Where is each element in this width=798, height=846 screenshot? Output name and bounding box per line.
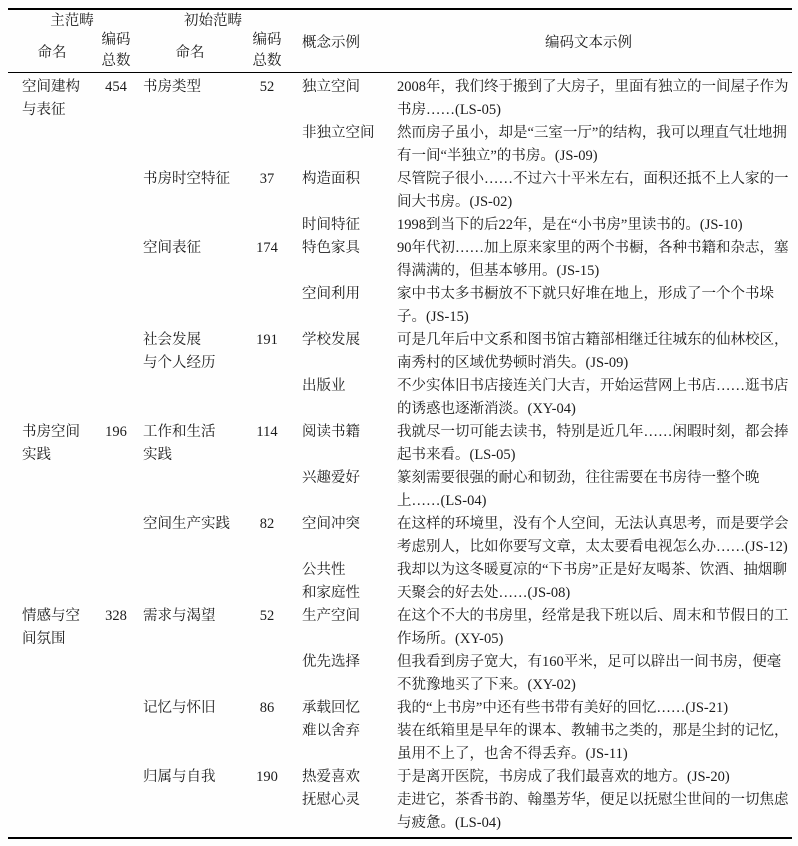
main-category-count-cell: 454 [96,76,136,122]
text-example-cell: 于是离开医院，书房成了我们最喜欢的地方。(JS-20) [385,766,792,789]
initial-category-name-cell [136,467,244,513]
table-row: 情感与空 间氛围328需求与渴望52生产空间在这个不大的书房里，经常是我下班以后… [8,605,792,651]
initial-category-count-cell: 174 [244,237,290,283]
text-example-cell: 然而房子虽小，却是“三室一厅”的结构，我可以理直气壮地拥有一间“半独立”的书房。… [385,122,792,168]
initial-category-count-cell [244,283,290,329]
concept-example-cell: 公共性 和家庭性 [290,559,385,605]
concept-example-cell: 时间特征 [290,214,385,237]
concept-example-cell: 构造面积 [290,168,385,214]
table-row: 时间特征1998到当下的后22年，是在“小书房”里读书的。(JS-10) [8,214,792,237]
initial-category-name-cell: 社会发展 与个人经历 [136,329,244,375]
text-example-cell: 我的“上书房”中还有些书带有美好的回忆……(JS-21) [385,697,792,720]
initial-category-name-cell [136,559,244,605]
concept-example-cell: 热爱喜欢 [290,766,385,789]
concept-example-cell: 阅读书籍 [290,421,385,467]
concept-example-cell: 难以舍弃 [290,720,385,766]
main-category-count-cell [96,168,136,214]
initial-category-count-cell: 190 [244,766,290,789]
initial-category-name-cell [136,375,244,421]
concept-example-cell: 抚慰心灵 [290,789,385,835]
text-example-cell: 但我看到房子宽大，有160平米，足可以辟出一间书房，便毫不犹豫地买了下来。(XY… [385,651,792,697]
text-example-cell: 我就尽一切可能去读书，特别是近几年……闲暇时刻，都会捧起书来看。(LS-05) [385,421,792,467]
text-example-cell: 篆刻需要很强的耐心和韧劲，往往需要在书房待一整个晚上……(LS-04) [385,467,792,513]
header-concept-example: 概念示例 [290,31,385,52]
main-category-count-cell [96,237,136,283]
coding-table: 主范畴 初始范畴 命名 编码 总数 命名 编码 总数 概念示例 编码文本示例 空… [8,8,792,839]
page: 主范畴 初始范畴 命名 编码 总数 命名 编码 总数 概念示例 编码文本示例 空… [0,0,798,846]
table-row: 社会发展 与个人经历191学校发展可是几年后中文系和图书馆古籍部相继迁往城东的仙… [8,329,792,375]
main-category-name-cell [8,237,96,283]
table-row: 空间利用家中书太多书橱放不下就只好堆在地上，形成了一个个书垛子。(JS-15) [8,283,792,329]
initial-category-name-cell [136,122,244,168]
main-category-name-cell [8,329,96,375]
text-example-cell: 我却以为这冬暖夏凉的“下书房”正是好友喝茶、饮酒、抽烟聊天聚会的好去处……(JS… [385,559,792,605]
initial-category-count-cell [244,720,290,766]
initial-category-count-cell: 52 [244,76,290,122]
main-category-count-cell [96,651,136,697]
table-row: 空间表征174特色家具90年代初……加上原来家里的两个书橱，各种书籍和杂志，塞得… [8,237,792,283]
main-category-count-cell: 196 [96,421,136,467]
initial-category-count-cell: 52 [244,605,290,651]
concept-example-cell: 空间冲突 [290,513,385,559]
initial-category-count-cell [244,375,290,421]
header-main-category: 主范畴 [8,9,136,30]
initial-category-name-cell: 空间生产实践 [136,513,244,559]
text-example-cell: 家中书太多书橱放不下就只好堆在地上，形成了一个个书垛子。(JS-15) [385,283,792,329]
text-example-cell: 在这个不大的书房里，经常是我下班以后、周末和节假日的工作场所。(XY-05) [385,605,792,651]
main-category-name-cell: 空间建构 与表征 [8,76,96,122]
initial-category-count-cell: 37 [244,168,290,214]
concept-example-cell: 空间利用 [290,283,385,329]
initial-category-name-cell: 书房类型 [136,76,244,122]
main-category-name-cell [8,513,96,559]
initial-category-name-cell: 需求与渴望 [136,605,244,651]
text-example-cell: 走进它，茶香书韵、翰墨芳华，便足以抚慰尘世间的一切焦虑与疲惫。(LS-04) [385,789,792,835]
main-category-name-cell [8,214,96,237]
table-row: 记忆与怀旧86承载回忆我的“上书房”中还有些书带有美好的回忆……(JS-21) [8,697,792,720]
main-category-count-cell [96,283,136,329]
header-main-count: 编码 总数 [96,30,136,72]
concept-example-cell: 独立空间 [290,76,385,122]
header-initial-count: 编码 总数 [244,30,290,72]
table-row: 公共性 和家庭性我却以为这冬暖夏凉的“下书房”正是好友喝茶、饮酒、抽烟聊天聚会的… [8,559,792,605]
main-category-name-cell [8,651,96,697]
initial-category-name-cell: 空间表征 [136,237,244,283]
text-example-cell: 90年代初……加上原来家里的两个书橱，各种书籍和杂志，塞得满满的，但基本够用。(… [385,237,792,283]
main-category-count-cell [96,559,136,605]
concept-example-cell: 兴趣爱好 [290,467,385,513]
initial-category-count-cell: 191 [244,329,290,375]
initial-category-name-cell: 工作和生活 实践 [136,421,244,467]
main-category-name-cell [8,375,96,421]
table-row: 书房时空特征37构造面积尽管院子很小……不过六十平米左右，面积还抵不上人家的一间… [8,168,792,214]
concept-example-cell: 承载回忆 [290,697,385,720]
main-category-name-cell [8,766,96,789]
main-category-name-cell [8,697,96,720]
concept-example-cell: 优先选择 [290,651,385,697]
concept-example-cell: 非独立空间 [290,122,385,168]
main-category-name-cell [8,168,96,214]
header-initial-category: 初始范畴 [136,9,290,30]
main-category-count-cell [96,375,136,421]
main-category-count-cell [96,214,136,237]
table-row: 兴趣爱好篆刻需要很强的耐心和韧劲，往往需要在书房待一整个晚上……(LS-04) [8,467,792,513]
initial-category-count-cell [244,559,290,605]
initial-category-name-cell: 书房时空特征 [136,168,244,214]
initial-category-count-cell: 82 [244,513,290,559]
main-category-count-cell [96,329,136,375]
header-main-name: 命名 [8,41,96,62]
header-text-example: 编码文本示例 [385,31,792,52]
header-initial-name: 命名 [136,41,244,62]
table-row: 空间生产实践82空间冲突在这样的环境里，没有个人空间，无法认真思考，而是要学会考… [8,513,792,559]
text-example-cell: 在这样的环境里，没有个人空间，无法认真思考，而是要学会考虑别人，比如你要写文章，… [385,513,792,559]
main-category-count-cell [96,122,136,168]
main-category-name-cell: 书房空间 实践 [8,421,96,467]
main-category-name-cell [8,283,96,329]
main-category-count-cell [96,720,136,766]
text-example-cell: 2008年，我们终于搬到了大房子，里面有独立的一间屋子作为书房……(LS-05) [385,76,792,122]
initial-category-count-cell [244,214,290,237]
initial-category-name-cell [136,789,244,835]
main-category-count-cell [96,766,136,789]
initial-category-name-cell [136,283,244,329]
initial-category-count-cell [244,467,290,513]
main-category-count-cell: 328 [96,605,136,651]
concept-example-cell: 出版业 [290,375,385,421]
table-header: 主范畴 初始范畴 命名 编码 总数 命名 编码 总数 概念示例 编码文本示例 [8,10,792,73]
main-category-count-cell [96,697,136,720]
text-example-cell: 1998到当下的后22年，是在“小书房”里读书的。(JS-10) [385,214,792,237]
concept-example-cell: 学校发展 [290,329,385,375]
main-category-name-cell [8,789,96,835]
initial-category-name-cell: 记忆与怀旧 [136,697,244,720]
main-category-name-cell [8,559,96,605]
concept-example-cell: 特色家具 [290,237,385,283]
initial-category-count-cell [244,122,290,168]
initial-category-name-cell: 归属与自我 [136,766,244,789]
text-example-cell: 可是几年后中文系和图书馆古籍部相继迁往城东的仙林校区，南秀村的区域优势顿时消失。… [385,329,792,375]
main-category-count-cell [96,467,136,513]
table-row: 抚慰心灵走进它，茶香书韵、翰墨芳华，便足以抚慰尘世间的一切焦虑与疲惫。(LS-0… [8,789,792,835]
table-row: 归属与自我190热爱喜欢于是离开医院，书房成了我们最喜欢的地方。(JS-20) [8,766,792,789]
main-category-count-cell [96,513,136,559]
main-category-count-cell [96,789,136,835]
initial-category-count-cell: 86 [244,697,290,720]
table-row: 优先选择但我看到房子宽大，有160平米，足可以辟出一间书房，便毫不犹豫地买了下来… [8,651,792,697]
table-row: 空间建构 与表征454书房类型52独立空间2008年，我们终于搬到了大房子，里面… [8,76,792,122]
main-category-name-cell [8,467,96,513]
initial-category-name-cell [136,651,244,697]
concept-example-cell: 生产空间 [290,605,385,651]
initial-category-name-cell [136,214,244,237]
main-category-name-cell [8,122,96,168]
table-row: 书房空间 实践196工作和生活 实践114阅读书籍我就尽一切可能去读书，特别是近… [8,421,792,467]
initial-category-count-cell: 114 [244,421,290,467]
initial-category-count-cell [244,789,290,835]
main-category-name-cell: 情感与空 间氛围 [8,605,96,651]
table-row: 非独立空间然而房子虽小，却是“三室一厅”的结构，我可以理直气壮地拥有一间“半独立… [8,122,792,168]
table-row: 出版业不少实体旧书店接连关门大吉，开始运营网上书店……逛书店的诱惑也逐渐消淡。(… [8,375,792,421]
table-row: 难以舍弃装在纸箱里是早年的课本、教辅书之类的，那是尘封的记忆，虽用不上了，也舍不… [8,720,792,766]
text-example-cell: 装在纸箱里是早年的课本、教辅书之类的，那是尘封的记忆，虽用不上了，也舍不得丢弃。… [385,720,792,766]
text-example-cell: 尽管院子很小……不过六十平米左右，面积还抵不上人家的一间大书房。(JS-02) [385,168,792,214]
initial-category-name-cell [136,720,244,766]
main-category-name-cell [8,720,96,766]
text-example-cell: 不少实体旧书店接连关门大吉，开始运营网上书店……逛书店的诱惑也逐渐消淡。(XY-… [385,375,792,421]
table-body: 空间建构 与表征454书房类型52独立空间2008年，我们终于搬到了大房子，里面… [8,73,792,837]
initial-category-count-cell [244,651,290,697]
